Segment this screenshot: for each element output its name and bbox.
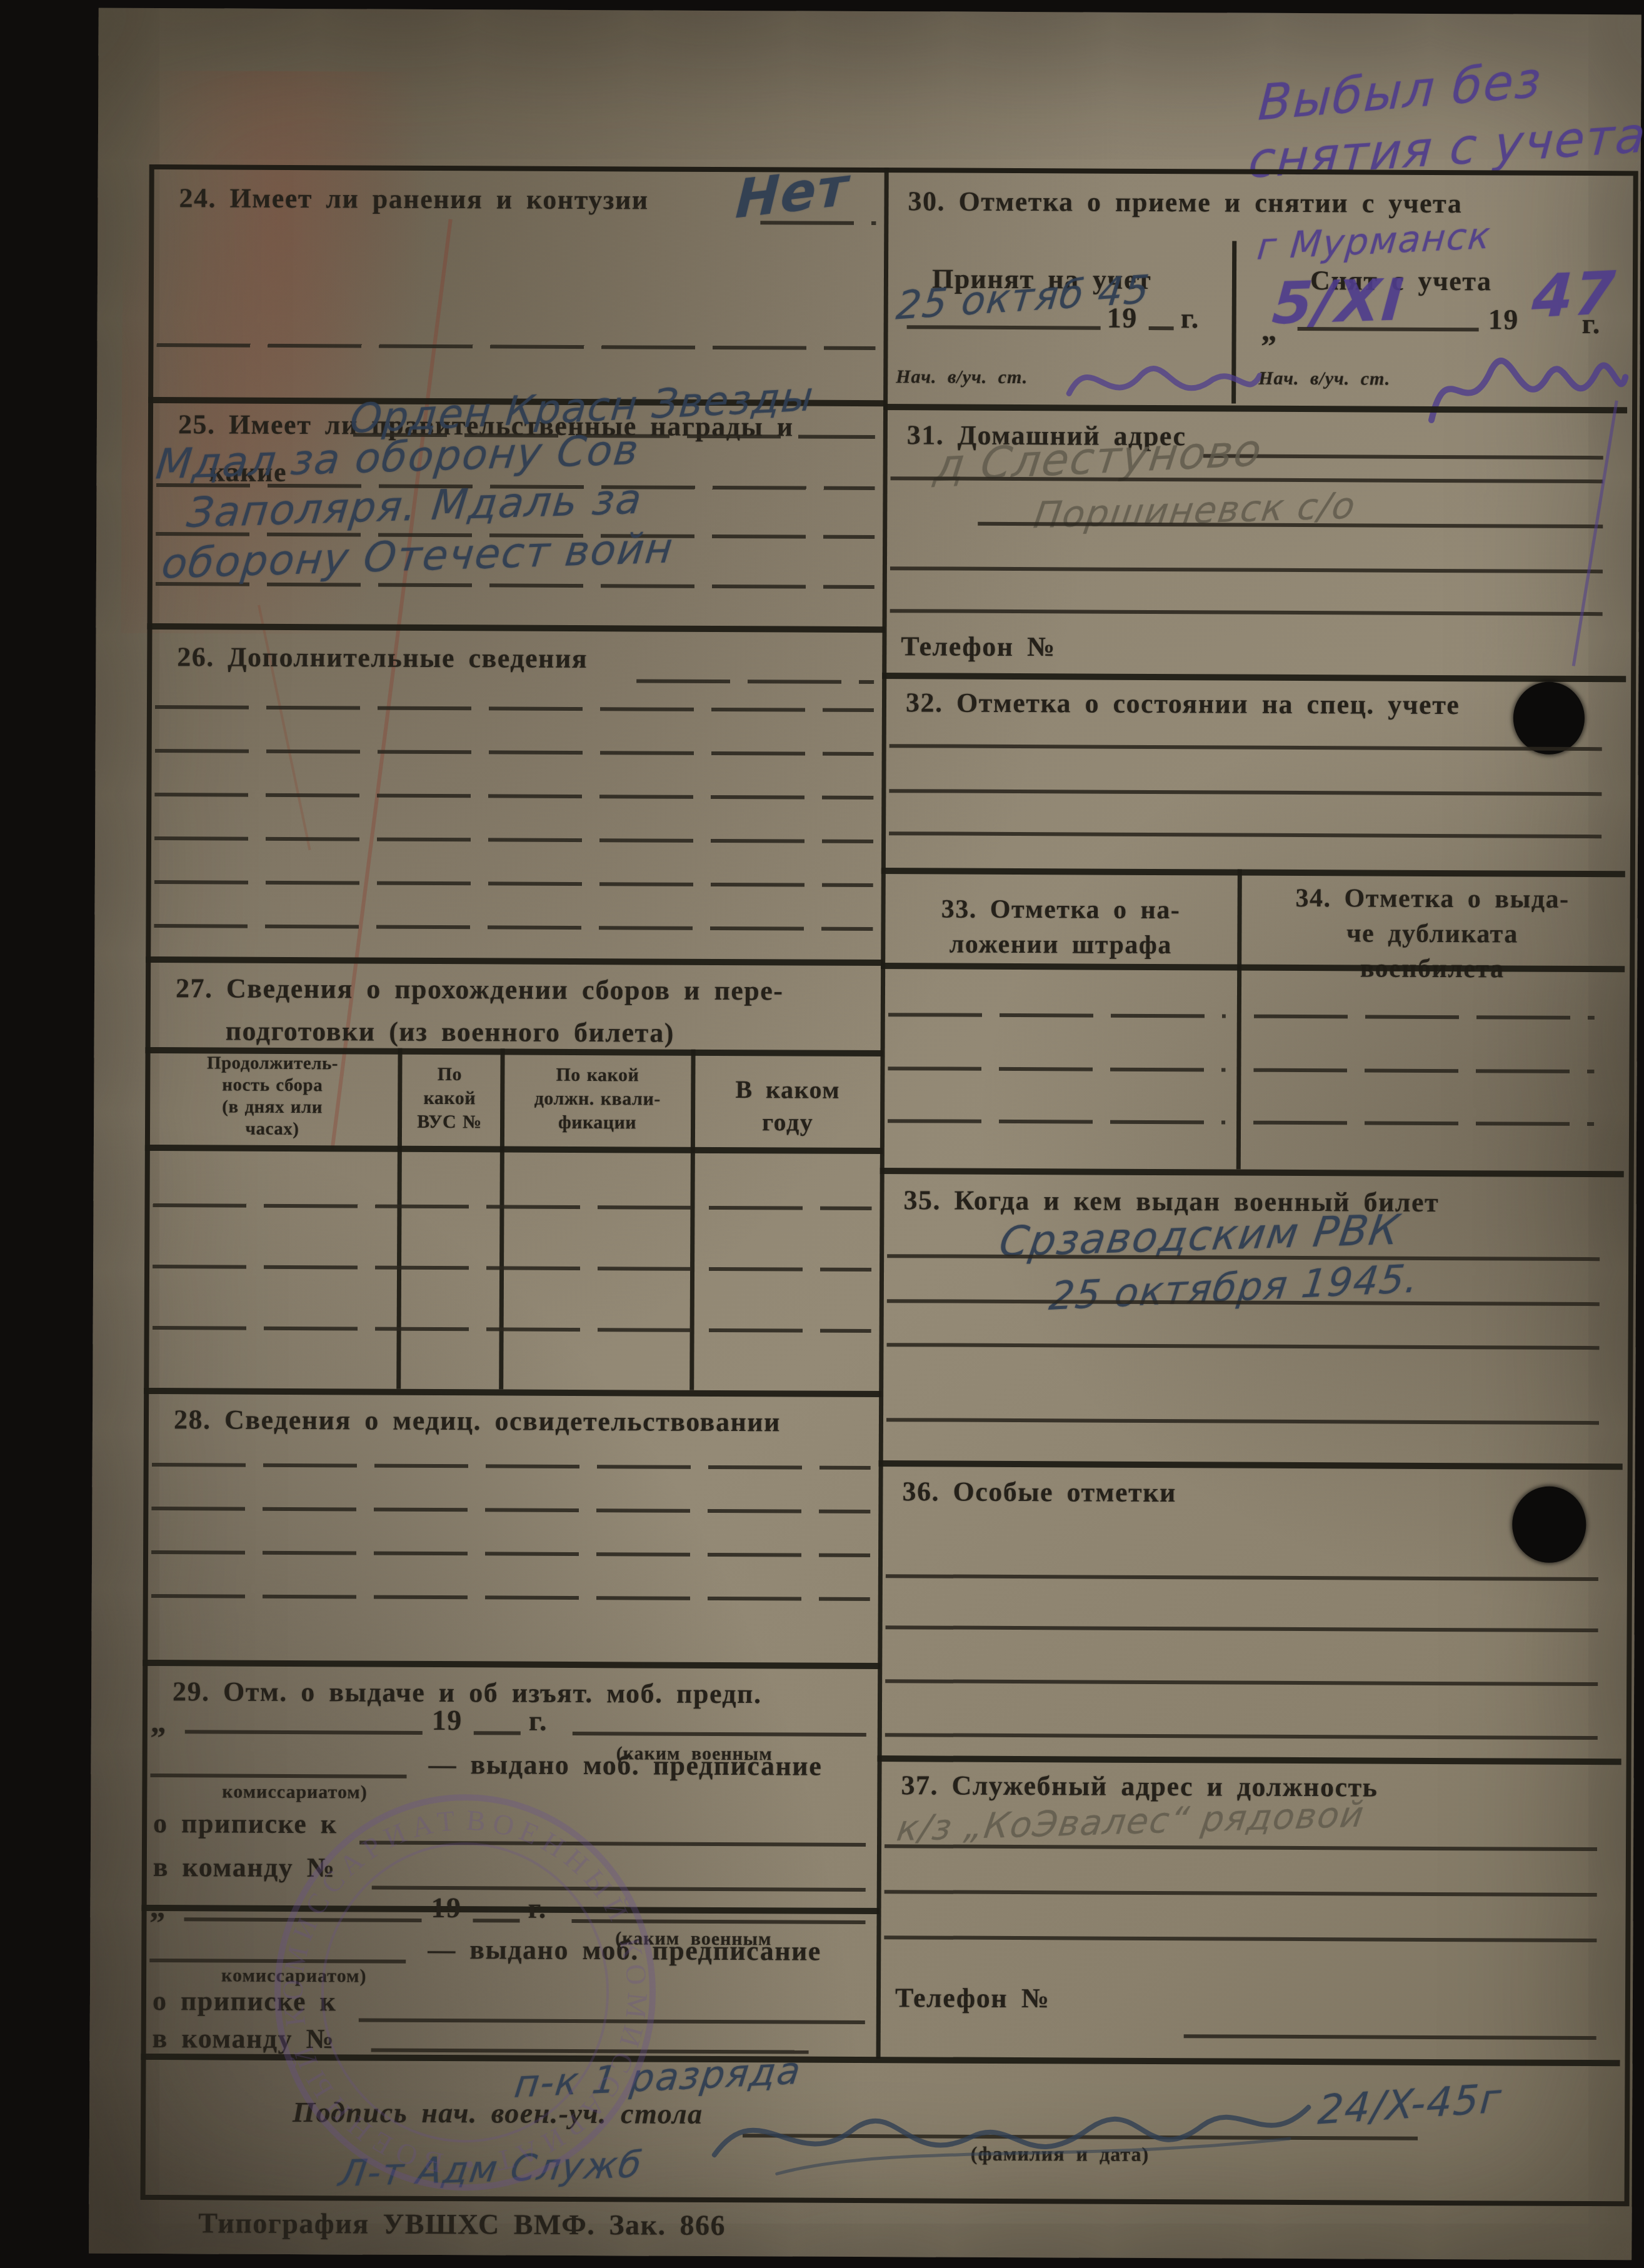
paper-sheet: Выбыл без снятия с учета 24. Имеет ли ра… <box>89 8 1641 2260</box>
commissariat-stamp: ВОЕННЫЙ КОМИССАРИАТ • ВОЕННЫЙ КОМИССАРИА… <box>258 1785 673 2200</box>
scanned-document: Выбыл без снятия с учета 24. Имеет ли ра… <box>0 0 1644 2268</box>
s33-line: ложении штрафа <box>950 930 1172 960</box>
issued-label: — выдано моб. предписание <box>428 1749 822 1782</box>
col1-text: (в днях или <box>222 1097 323 1118</box>
col1-text: Продолжитель- <box>207 1053 338 1073</box>
year-19: 19 <box>1107 301 1138 334</box>
s33-line: 33. Отметка о на- <box>941 895 1181 925</box>
section-26-title: 26. Дополнительные сведения <box>177 641 588 675</box>
section-28-title: 28. Сведения о медиц. освидетельствовани… <box>174 1403 781 1438</box>
signature-scribble-accepted <box>1060 337 1266 431</box>
phone-label: Телефон № <box>901 630 1056 663</box>
section-36-title: 36. Особые отметки <box>902 1475 1176 1508</box>
col4-text: В каком <box>735 1075 840 1104</box>
section-27-title-line1: 27. Сведения о прохождении сборов и пере… <box>176 972 784 1006</box>
quote-mark: „ <box>1261 312 1278 348</box>
quote-mark: „ <box>151 1704 168 1740</box>
rule <box>474 1731 521 1735</box>
col1-text: ность сбора <box>222 1075 323 1096</box>
punch-hole-top <box>1513 682 1585 755</box>
year-g: г. <box>529 1704 548 1737</box>
col3-text: По какой <box>556 1065 639 1086</box>
col2-text: По <box>438 1064 462 1085</box>
section-29-title: 29. Отм. о выдаче и об изъят. моб. предп… <box>173 1675 762 1710</box>
quote-mark: „ <box>149 1889 166 1925</box>
col1-text: часах) <box>246 1119 299 1139</box>
s34-line: че дубликата <box>1346 919 1518 948</box>
removed-year-hw: 47 <box>1530 259 1618 331</box>
section-32-title: 32. Отметка о состоянии на спец. учете <box>906 686 1460 721</box>
signature-scribble-footer <box>702 2067 1328 2189</box>
rule <box>1149 326 1174 330</box>
nach-label: Нач. в/уч. ст. <box>896 366 1028 388</box>
table-col4-header: В каком году <box>694 1073 881 1139</box>
nach-label: Нач. в/уч. ст. <box>1258 368 1390 390</box>
s34-line: 34. Отметка о выда- <box>1296 884 1570 914</box>
col4-text: году <box>762 1108 813 1136</box>
year-19: 19 <box>432 1704 463 1737</box>
col3-text: должн. квали- <box>534 1088 661 1110</box>
phone-label: Телефон № <box>895 1982 1050 2014</box>
table-col1-header: Продолжитель- ность сбора (в днях или ча… <box>149 1052 396 1141</box>
section-30-title: 30. Отметка о приеме и снятии с учета <box>908 185 1462 219</box>
rule <box>760 221 876 225</box>
punch-hole-bottom <box>1512 1487 1586 1563</box>
col2-text: ВУС № <box>417 1111 482 1132</box>
typography-imprint: Типография УВШХС ВМФ. Зак. 866 <box>198 2206 726 2242</box>
section-24-title: 24. Имеет ли ранения и контузии <box>179 182 648 216</box>
table-col2-header: По какой ВУС № <box>400 1063 499 1135</box>
col2-text: какой <box>423 1088 476 1108</box>
table-col3-header: По какой должн. квали- фикации <box>505 1063 689 1135</box>
section-27-title-line2: подготовки (из военного билета) <box>226 1015 674 1049</box>
col3-text: фикации <box>558 1112 636 1133</box>
year-g: г. <box>1181 301 1200 334</box>
section-33-title: 33. Отметка о на- ложении штрафа <box>887 891 1234 963</box>
signature-scribble-removed <box>1422 326 1629 452</box>
